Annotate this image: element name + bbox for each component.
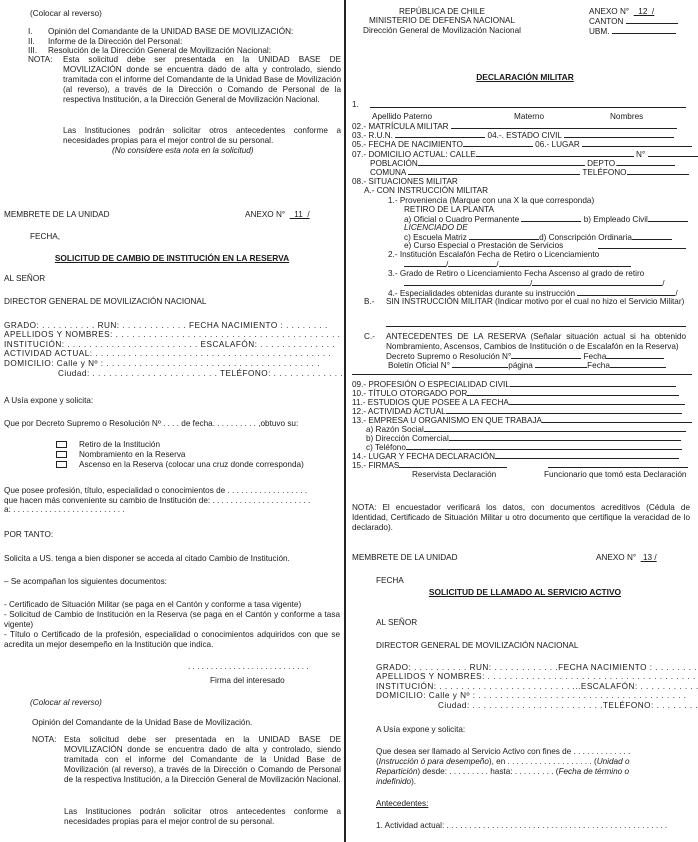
fecha-line-2[interactable] xyxy=(610,360,666,368)
canton-line[interactable] xyxy=(626,16,678,24)
anexo-number: 11 / xyxy=(290,210,310,219)
telefono-label: TELÉFONO xyxy=(582,168,626,177)
comuna-line[interactable] xyxy=(408,167,580,175)
instruccion-italic: Instrucción ó para desempeño xyxy=(379,757,489,766)
firmas-label: 15.- FIRMAS xyxy=(352,461,399,470)
nacimiento-line[interactable] xyxy=(463,139,533,147)
right-page: REPÚBLICA DE CHILE MINISTERIO DE DEFENSA… xyxy=(352,0,698,842)
posee-line-1[interactable]: Que posee profesión, título, especialida… xyxy=(4,486,307,496)
anexo-label: ANEXO N° xyxy=(596,553,636,562)
curso-label: e) Curso Especial o Prestación de Servic… xyxy=(404,241,563,250)
page-title-2: SOLICITUD DE LLAMADO AL SERVICIO ACTIVO xyxy=(352,587,698,597)
matricula-line[interactable] xyxy=(451,121,677,129)
checkbox[interactable] xyxy=(56,451,67,458)
desea-rest-2: ) desde: . . . . . . . . . hasta: . . . … xyxy=(417,767,558,776)
sin-instruccion: SIN INSTRUCCIÓN MILITAR (Indicar motivo … xyxy=(386,297,686,307)
empresa-line[interactable] xyxy=(542,415,692,423)
desea-rest: ), en . . . . . . . . . . . . . . . . . … xyxy=(489,757,597,766)
document-item: - Certificado de Situación Militar (se p… xyxy=(4,600,301,610)
sin-instruccion-line[interactable] xyxy=(386,326,686,327)
name-line[interactable] xyxy=(370,107,686,108)
boletin-line[interactable] xyxy=(452,360,508,368)
membrete: MEMBRETE DE LA UNIDAD xyxy=(4,210,110,220)
por-tanto: POR TANTO: xyxy=(4,530,53,540)
titulo-line[interactable] xyxy=(467,388,679,396)
especialidades-line[interactable] xyxy=(577,288,675,296)
direccion-line[interactable] xyxy=(449,433,681,441)
option-nombramiento[interactable]: Nombramiento en la Reserva xyxy=(56,450,186,460)
nota-italic: (No considere esta nota en la solicitud) xyxy=(112,146,254,156)
anexo-number-text: 11 xyxy=(294,210,303,219)
header-ministerio: MINISTERIO DE DEFENSA NACIONAL xyxy=(352,16,532,26)
option-label: Ascenso en la Reserva (colocar una cruz … xyxy=(79,460,304,469)
field-ciudad[interactable]: Ciudad: . . . . . . . . . . . . . . . . … xyxy=(438,701,698,711)
left-page: (Colocar al reverso) I. Opinión del Coma… xyxy=(0,0,344,842)
checkbox[interactable] xyxy=(56,441,67,448)
c-label: C.- xyxy=(364,332,375,342)
sig-funcionario: Funcionario que tomó esta Declaración xyxy=(544,470,686,480)
nacimiento-label: 05.- FECHA DE NACIMIENTO xyxy=(352,140,463,149)
indefinido-italic: indefinido xyxy=(376,777,411,786)
curso-line[interactable] xyxy=(598,248,686,249)
nota-label: NOTA: xyxy=(28,55,52,65)
section-divider-line xyxy=(352,374,692,375)
anexo-label-text: ANEXO N° xyxy=(245,210,285,219)
poblacion-line[interactable] xyxy=(418,158,585,166)
decreto-line[interactable]: Que por Decreto Supremo o Resolución Nº … xyxy=(4,419,298,429)
run-line[interactable] xyxy=(395,130,485,138)
posee-line-3[interactable]: a: . . . . . . . . . . . . . . . . . . .… xyxy=(4,505,125,515)
decreto-line[interactable] xyxy=(511,351,581,359)
razon-line[interactable] xyxy=(424,424,686,432)
reparticion-italic: Repartición xyxy=(376,767,417,776)
option-label: Retiro de la Institución xyxy=(79,440,160,449)
profesion-line[interactable] xyxy=(510,379,676,387)
nota-text-bottom: Esta solicitud debe ser presentada en la… xyxy=(64,735,341,785)
desea-line-2[interactable]: (Instrucción ó para desempeño), en . . .… xyxy=(376,757,630,767)
page-divider xyxy=(344,0,346,842)
b-label: B.- xyxy=(364,297,374,307)
expone: A Usía expone y solicita: xyxy=(376,725,465,735)
membrete: MEMBRETE DE LA UNIDAD xyxy=(352,553,458,563)
con-instruccion: A.- CON INSTRUCCIÓN MILITAR xyxy=(364,186,488,196)
field-apellidos[interactable]: APELLIDOS Y NOMBRES: . . . . . . . . . .… xyxy=(4,330,346,340)
numero-line[interactable] xyxy=(648,149,698,157)
oficial-line[interactable] xyxy=(521,214,581,222)
antecedentes-reserva: ANTECEDENTES DE LA RESERVA (Señalar situ… xyxy=(386,332,686,352)
fecha-label: FECHA xyxy=(376,576,404,586)
al-senor: AL SEÑOR xyxy=(4,274,45,284)
pagina-label: página xyxy=(508,361,533,370)
telefono-line[interactable] xyxy=(406,442,682,450)
nota-text: Esta solicitud debe ser presentada en la… xyxy=(63,55,341,105)
estudios-line[interactable] xyxy=(509,397,685,405)
empleado-label: b) Empleado Civil xyxy=(584,215,648,224)
option-retiro[interactable]: Retiro de la Institución xyxy=(56,440,160,450)
fecha-line[interactable] xyxy=(606,351,664,359)
reverse-note-bottom: (Colocar al reverso) xyxy=(30,698,102,708)
comuna-label: COMUNA xyxy=(370,168,406,177)
ubm-line[interactable] xyxy=(612,26,676,34)
field-ciudad[interactable]: Ciudad: . . . . . . . . . . . . . . . . … xyxy=(58,369,343,379)
field-apellidos[interactable]: APELLIDOS Y NOMBRES: . . . . . . . . . .… xyxy=(376,672,698,682)
actividad-line[interactable] xyxy=(446,406,682,414)
solicita: Solicita a US. tenga a bien disponer se … xyxy=(4,554,290,564)
nota-label-bottom: NOTA: xyxy=(32,735,56,745)
field-actividad-actual[interactable]: 1. Actividad actual: . . . . . . . . . .… xyxy=(376,821,667,831)
empleado-line[interactable] xyxy=(648,214,688,222)
anexo-13: ANEXO N° 13 / xyxy=(596,553,657,563)
calle-line[interactable] xyxy=(476,149,634,157)
field-actividad[interactable]: ACTIVIDAD ACTUAL: . . . . . . . . . . . … xyxy=(4,349,331,359)
document-item: - Título o Certificado de la profesión, … xyxy=(4,630,340,650)
boletin-field[interactable]: Boletín Oficial N° página Fecha xyxy=(388,360,666,371)
lugar-fecha-line[interactable] xyxy=(495,451,679,459)
lugar-label: 06.- LUGAR xyxy=(535,140,580,149)
pagina-line[interactable] xyxy=(535,360,587,368)
signature-line[interactable]: . . . . . . . . . . . . . . . . . . . . … xyxy=(188,662,309,672)
unidad-italic: Unidad o xyxy=(597,757,630,766)
list-item: Opinión del Comandante de la UNIDAD BASE… xyxy=(48,27,293,37)
header-direccion: Dirección General de Movilización Nacion… xyxy=(352,26,532,36)
firma-label: Firma del interesado xyxy=(210,676,285,686)
director: DIRECTOR GENERAL DE MOVILIZACIÓN NACIONA… xyxy=(376,641,578,651)
antecedentes-heading: Antecedentes: xyxy=(376,799,428,809)
option-ascenso[interactable]: Ascenso en la Reserva (colocar una cruz … xyxy=(56,460,304,470)
lugar-line[interactable] xyxy=(582,139,692,147)
desea-line-4: indefinido). xyxy=(376,777,416,787)
ubm-label: UBM. xyxy=(589,27,609,36)
canton-label: CANTON xyxy=(589,17,623,26)
anexo-number-text: 13 xyxy=(643,553,652,562)
sig-reservista: Reservista Declaración xyxy=(412,470,496,480)
escuela-line[interactable] xyxy=(469,232,539,240)
anexo-number: 13 / xyxy=(641,553,657,562)
reverse-note: (Colocar al reverso) xyxy=(30,9,102,19)
field-domicilio[interactable]: DOMICILIO: Calle y Nº : . . . . . . . . … xyxy=(4,359,320,369)
item-1: 1. xyxy=(352,100,359,110)
nota-text-2: Las Instituciones podrán solicitar otros… xyxy=(63,126,341,146)
option-label: Nombramiento en la Reserva xyxy=(79,450,186,459)
desea-line-3[interactable]: Repartición) desde: . . . . . . . . . ha… xyxy=(376,767,629,777)
depto-line[interactable] xyxy=(617,158,675,166)
anexo-number-text: 12 xyxy=(638,7,647,16)
conscripcion-line[interactable] xyxy=(632,232,672,240)
ubm-field[interactable]: UBM. xyxy=(589,26,676,37)
desea-line-1[interactable]: Que desea ser llamado al Servicio Activo… xyxy=(376,747,630,757)
document-item: - Solicitud de Cambio de Institución en … xyxy=(4,610,340,630)
page-title: DECLARACIÓN MILITAR xyxy=(352,72,698,82)
field-domicilio[interactable]: DOMICILIO: Calle y Nº : . . . . . . . . … xyxy=(376,691,686,701)
anexo-number: 12 / xyxy=(634,7,655,16)
fecha-label-2: Fecha xyxy=(587,361,610,370)
firma-reservista-line[interactable] xyxy=(399,460,507,468)
page-title: SOLICITUD DE CAMBIO DE INSTITUCIÓN EN LA… xyxy=(0,253,344,263)
checkbox[interactable] xyxy=(56,461,67,468)
list-item-num: I. xyxy=(28,27,33,37)
director: DIRECTOR GENERAL DE MOVILIZACIÓN NACIONA… xyxy=(4,297,206,307)
opinion: Opinión del Comandante de la Unidad Base… xyxy=(32,718,252,728)
telefono-line[interactable] xyxy=(627,167,689,175)
al-senor: AL SEÑOR xyxy=(376,618,417,628)
fecha-label: FECHA, xyxy=(30,232,60,242)
expone: A Usía expone y solicita: xyxy=(4,396,93,406)
anexo-label: ANEXO N° xyxy=(589,7,629,16)
nota-encuestador: NOTA: El encuestador verificará los dato… xyxy=(352,503,690,533)
acompanan: – Se acompañan los siguientes documentos… xyxy=(4,577,167,587)
anexo-label: ANEXO N° 11 / xyxy=(245,210,310,220)
firma-funcionario-line[interactable] xyxy=(548,467,688,468)
boletin-label: Boletín Oficial N° xyxy=(388,361,450,370)
fecha-termino-italic: Fecha de término o xyxy=(558,767,629,776)
nota-text-bottom-2: Las Instituciones podrán solicitar otros… xyxy=(64,807,341,827)
estado-civil-line[interactable] xyxy=(564,130,674,138)
